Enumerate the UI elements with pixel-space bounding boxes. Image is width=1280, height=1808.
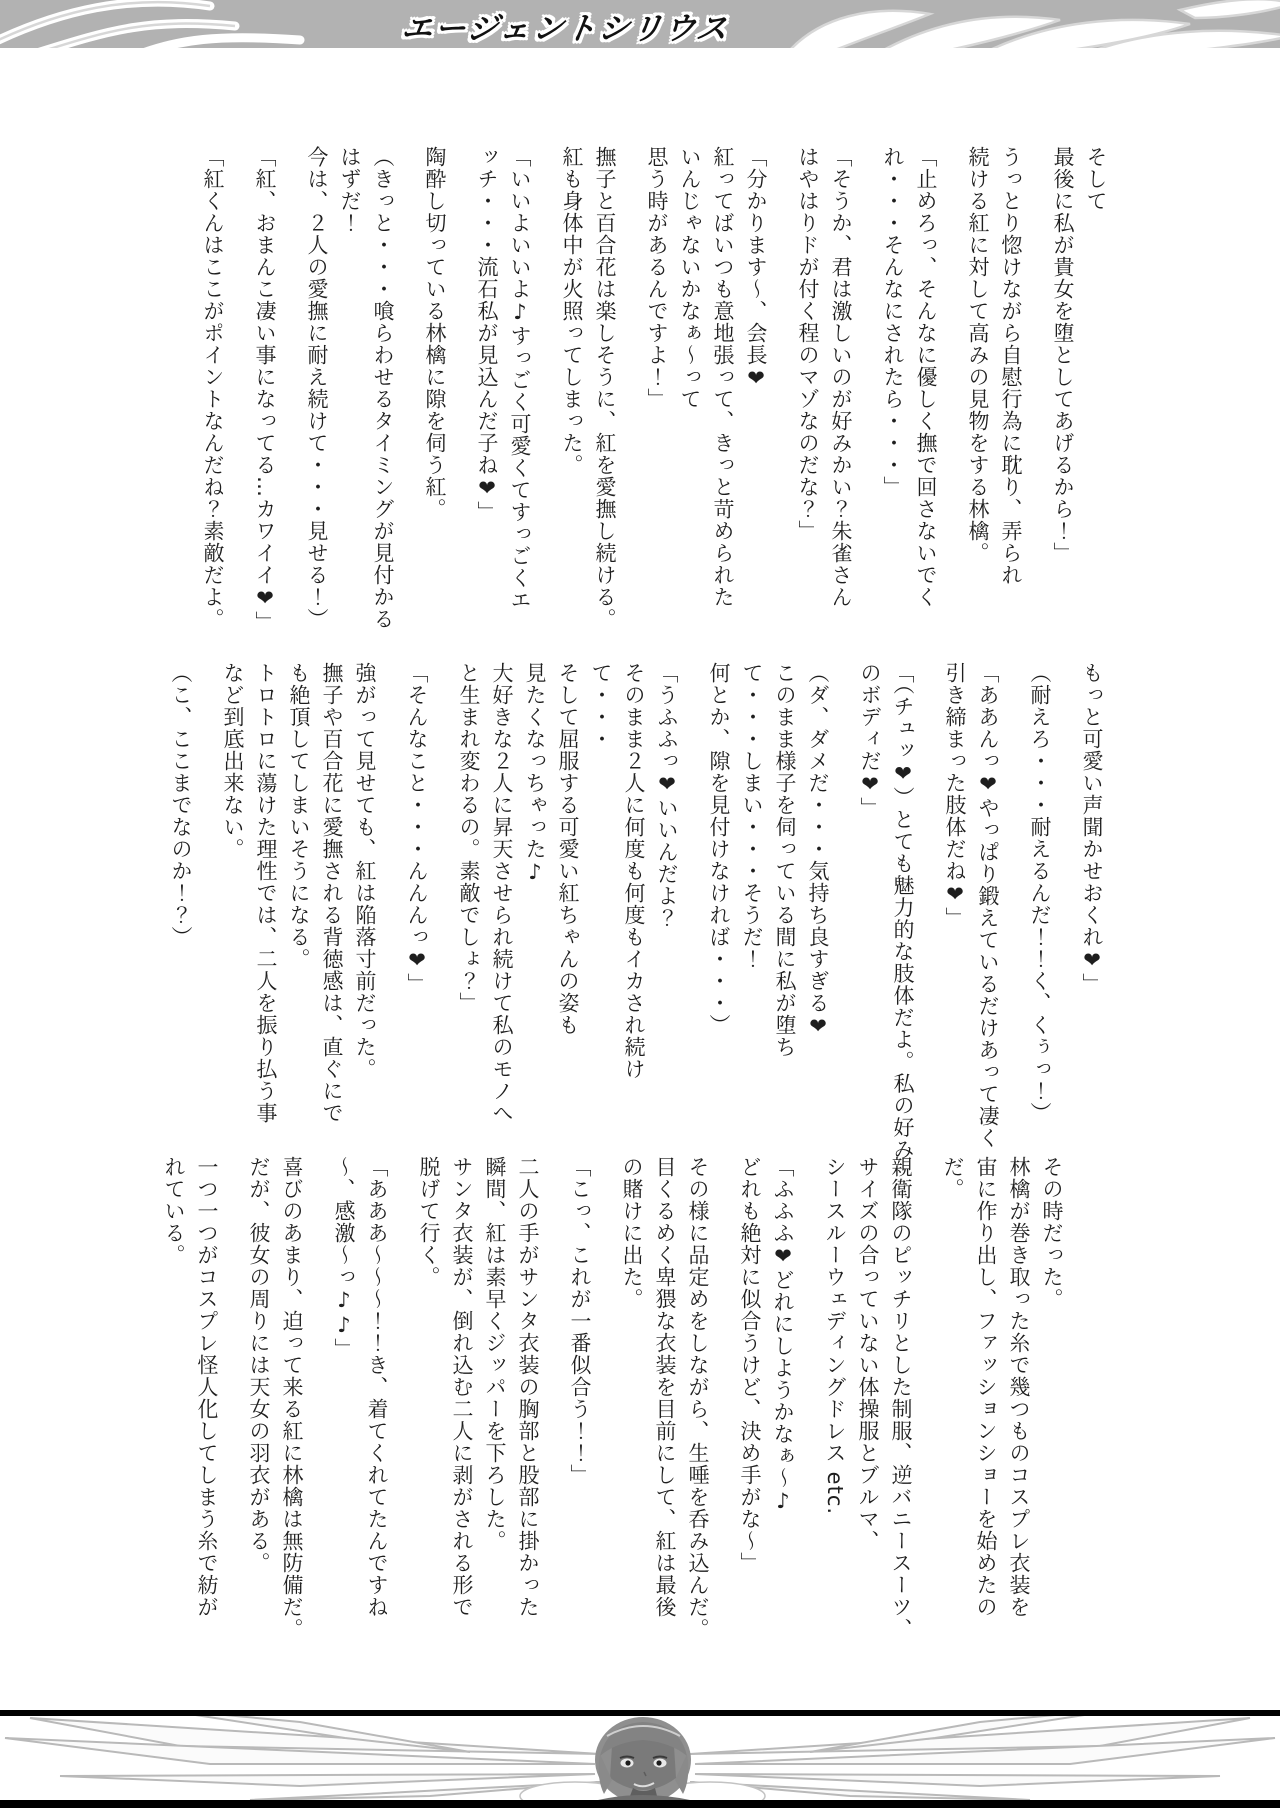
header-bar: エージェントシリウス [0,0,1280,48]
text-line: もっと可愛い声聞かせおくれ❤」 [1075,662,1108,1147]
text-line: 「ふふふ❤どれにしようかなぁ～♪ [766,1156,799,1651]
winged-character-art [0,1716,1280,1800]
text-line: 見たくなっちゃった♪ [518,662,551,1147]
text-line: 目くるめく卑猥な衣装を目前にして、紅は最後 [648,1156,681,1651]
text-line: そのまま２人に何度も何度もイカされ続け [617,662,650,1147]
text-block-1: そして 最後に私が貴女を堕としてあげるから！」 うっとり惚けながら自慰行為に耽り… [196,146,1112,691]
text-line: など到底出来ない。 [216,662,249,1147]
text-line: ッチ・・・流石私が見込んだ子ね❤」 [470,146,503,691]
text-line: 「いいよいいよ♪すっごく可愛くてすっごくエ [503,146,536,691]
text-line: 二人の手がサンタ衣装の胸部と股部に掛かった [511,1156,544,1651]
text-line: トロトロに蕩けた理性では、二人を振り払う事 [249,662,282,1147]
text-line: （こ、ここまでなのか！？） [164,662,197,1147]
text-line: はやはりドが付く程のマゾなのだな？」 [791,146,824,691]
text-line: も絶頂してしまいそうになる。 [282,662,315,1147]
text-block-3: その時だった。 林檎が巻き取った糸で幾つものコスプレ衣装を 宙に作り出し、ファッ… [157,1156,1068,1651]
text-line: シースルーウェディングドレス etc. [818,1156,851,1651]
text-line: その時だった。 [1035,1156,1068,1651]
text-line: 「そうか、君は激しいのが好みかい？朱雀さん [824,146,857,691]
text-line: どれも絶対に似合うけど、決め手がな～」 [733,1156,766,1651]
text-line: 「止めろっ、そんなに優しく撫で回さないでく [909,146,942,691]
text-line: 陶酔し切っている林檎に隙を伺う紅。 [418,146,451,691]
text-line: サンタ衣装が、倒れ込む二人に剥がされる形で [445,1156,478,1651]
text-line: サイズの合っていない体操服とブルマ、 [851,1156,884,1651]
text-line: の賭けに出た。 [615,1156,648,1651]
text-line: その様に品定めをしながら、生唾を呑み込んだ。 [681,1156,714,1651]
text-line: 「分かります～、会長❤ [739,146,772,691]
text-line: 宙に作り出し、ファッションショーを始めたの [969,1156,1002,1651]
text-line: と生まれ変わるの。素敵でしょ？」 [452,662,485,1147]
text-line: 脱げて行く。 [412,1156,445,1651]
text-line: 強がって見せても、紅は陥落寸前だった。 [348,662,381,1147]
text-line: のボディだ❤」 [853,662,886,1147]
text-block-2: もっと可愛い声聞かせおくれ❤」 （耐えろ・・・耐えるんだ！！く、くぅっ！） 「あ… [164,662,1108,1147]
text-line: 親衛隊のピッチリとした制服、逆バニースーツ、 [884,1156,917,1651]
text-line: て・・・ [584,662,617,1147]
text-line: 「紅、おまんこ凄い事になってる…カワイイ❤」 [248,146,281,691]
text-line: いんじゃないかなぁ～って [673,146,706,691]
text-line: 瞬間、紅は素早くジッパーを下ろした。 [478,1156,511,1651]
divider-rule-bottom [0,1800,1280,1808]
text-line: 撫子と百合花は楽しそうに、紅を愛撫し続ける。 [588,146,621,691]
text-line: 「あああ～～～！！き、着てくれてたんですね [360,1156,393,1651]
text-line: だ。 [936,1156,969,1651]
text-line: （耐えろ・・・耐えるんだ！！く、くぅっ！） [1023,662,1056,1147]
text-line: 紅も身体中が火照ってしまった。 [555,146,588,691]
text-line: このまま様子を伺っている間に私が堕ち [768,662,801,1147]
text-line: 「ああんっ❤やっぱり鍛えているだけあって凄く [971,662,1004,1147]
text-line: 一つ一つがコスプレ怪人化してしまう糸で紡が [190,1156,223,1651]
winged-character-illustration [0,1716,1280,1800]
text-line: 「こっ、これが一番似合う！！」 [563,1156,596,1651]
text-line: 「（チュッ❤）とても魅力的な肢体だよ。私の好み [886,662,919,1147]
text-line: そして屈服する可愛い紅ちゃんの姿も [551,662,584,1147]
text-line: 「うふふっ❤いいんだよ？ [650,662,683,1147]
text-line: れている。 [157,1156,190,1651]
header-art-right [790,0,1280,48]
text-line: はずだ！ [333,146,366,691]
text-line: れ・・・そんなにされたら・・・」 [876,146,909,691]
text-line: 林檎が巻き取った糸で幾つものコスプレ衣装を [1002,1156,1035,1651]
text-line: そして [1079,146,1112,691]
text-line: うっとり惚けながら自慰行為に耽り、弄られ [994,146,1027,691]
text-line: 紅ってばいつも意地張って、きっと苛められた [706,146,739,691]
text-line: 最後に私が貴女を堕としてあげるから！」 [1046,146,1079,691]
text-line: 何とか、隙を見付けなければ・・・） [702,662,735,1147]
text-line: 「紅くんはここがポイントなんだね？素敵だよ。 [196,146,229,691]
text-line: 大好きな２人に昇天させられ続けて私のモノへ [485,662,518,1147]
text-line: だが、彼女の周りには天女の羽衣がある。 [242,1156,275,1651]
page-title: エージェントシリウス [399,3,733,48]
text-line: 引き締まった肢体だね❤」 [938,662,971,1147]
text-line: 「そんなこと・・・んんんっ❤」 [400,662,433,1147]
text-line: 喜びのあまり、迫って来る紅に林檎は無防備だ。 [275,1156,308,1651]
text-line: 撫子や百合花に愛撫される背徳感は、直ぐにで [315,662,348,1147]
text-line: て・・・しまい・・・そうだ！ [735,662,768,1147]
text-line: 続ける紅に対して高みの見物をする林檎。 [961,146,994,691]
text-line: 思う時があるんですよ！」 [640,146,673,691]
text-line: （きっと・・・喰らわせるタイミングが見付かる [366,146,399,691]
doujin-text-page: エージェントシリウス そして 最後に私が貴女を堕としてあげるから！」 うっとり惚… [0,0,1280,1808]
text-line: ～、感激～っ♪♪」 [327,1156,360,1651]
text-line: （ダ、ダメだ・・・気持ち良すぎる❤ [801,662,834,1147]
text-line: 今は、２人の愛撫に耐え続けて・・・見せる！） [300,146,333,691]
